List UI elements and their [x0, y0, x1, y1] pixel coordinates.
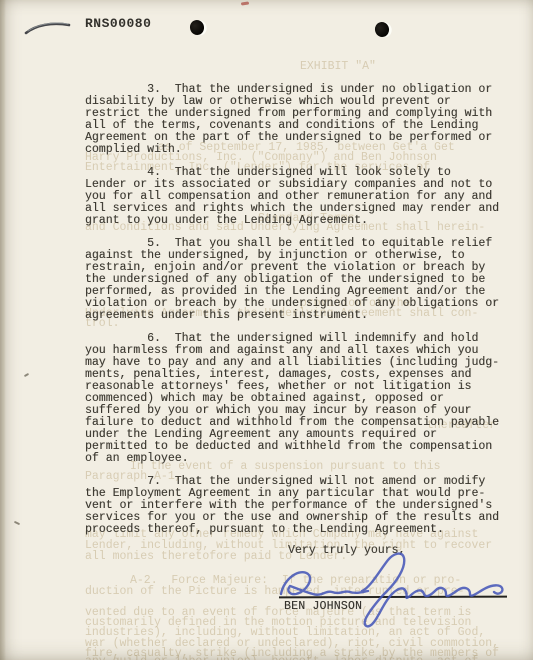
closing-line: Very truly yours, [288, 545, 405, 557]
letter-body: 3. That the undersigned is under no obli… [85, 84, 515, 547]
paragraph: 3. That the undersigned is under no obli… [85, 84, 515, 156]
paragraph: 5. That you shall be entitled to equitab… [85, 238, 515, 322]
paragraph: 7. That the undersigned will not amend o… [85, 476, 515, 536]
scanned-letter-page: RNS00080 EXHIBIT "A"as of September 17, … [0, 0, 533, 660]
page-left-edge [0, 0, 6, 660]
pen-scribble-mark [22, 18, 74, 40]
bleed-through-line: any guild or labor union), boycott, labo… [85, 656, 478, 660]
paragraph: 4. That the undersigned will look solely… [85, 167, 515, 227]
paragraph: 6. That the undersigned will indemnify a… [85, 333, 515, 465]
typed-signatory-name: BEN JOHNSON [284, 601, 362, 613]
bleed-through-line: EXHIBIT "A" [300, 61, 376, 73]
bates-stamp: RNS00080 [85, 17, 151, 31]
